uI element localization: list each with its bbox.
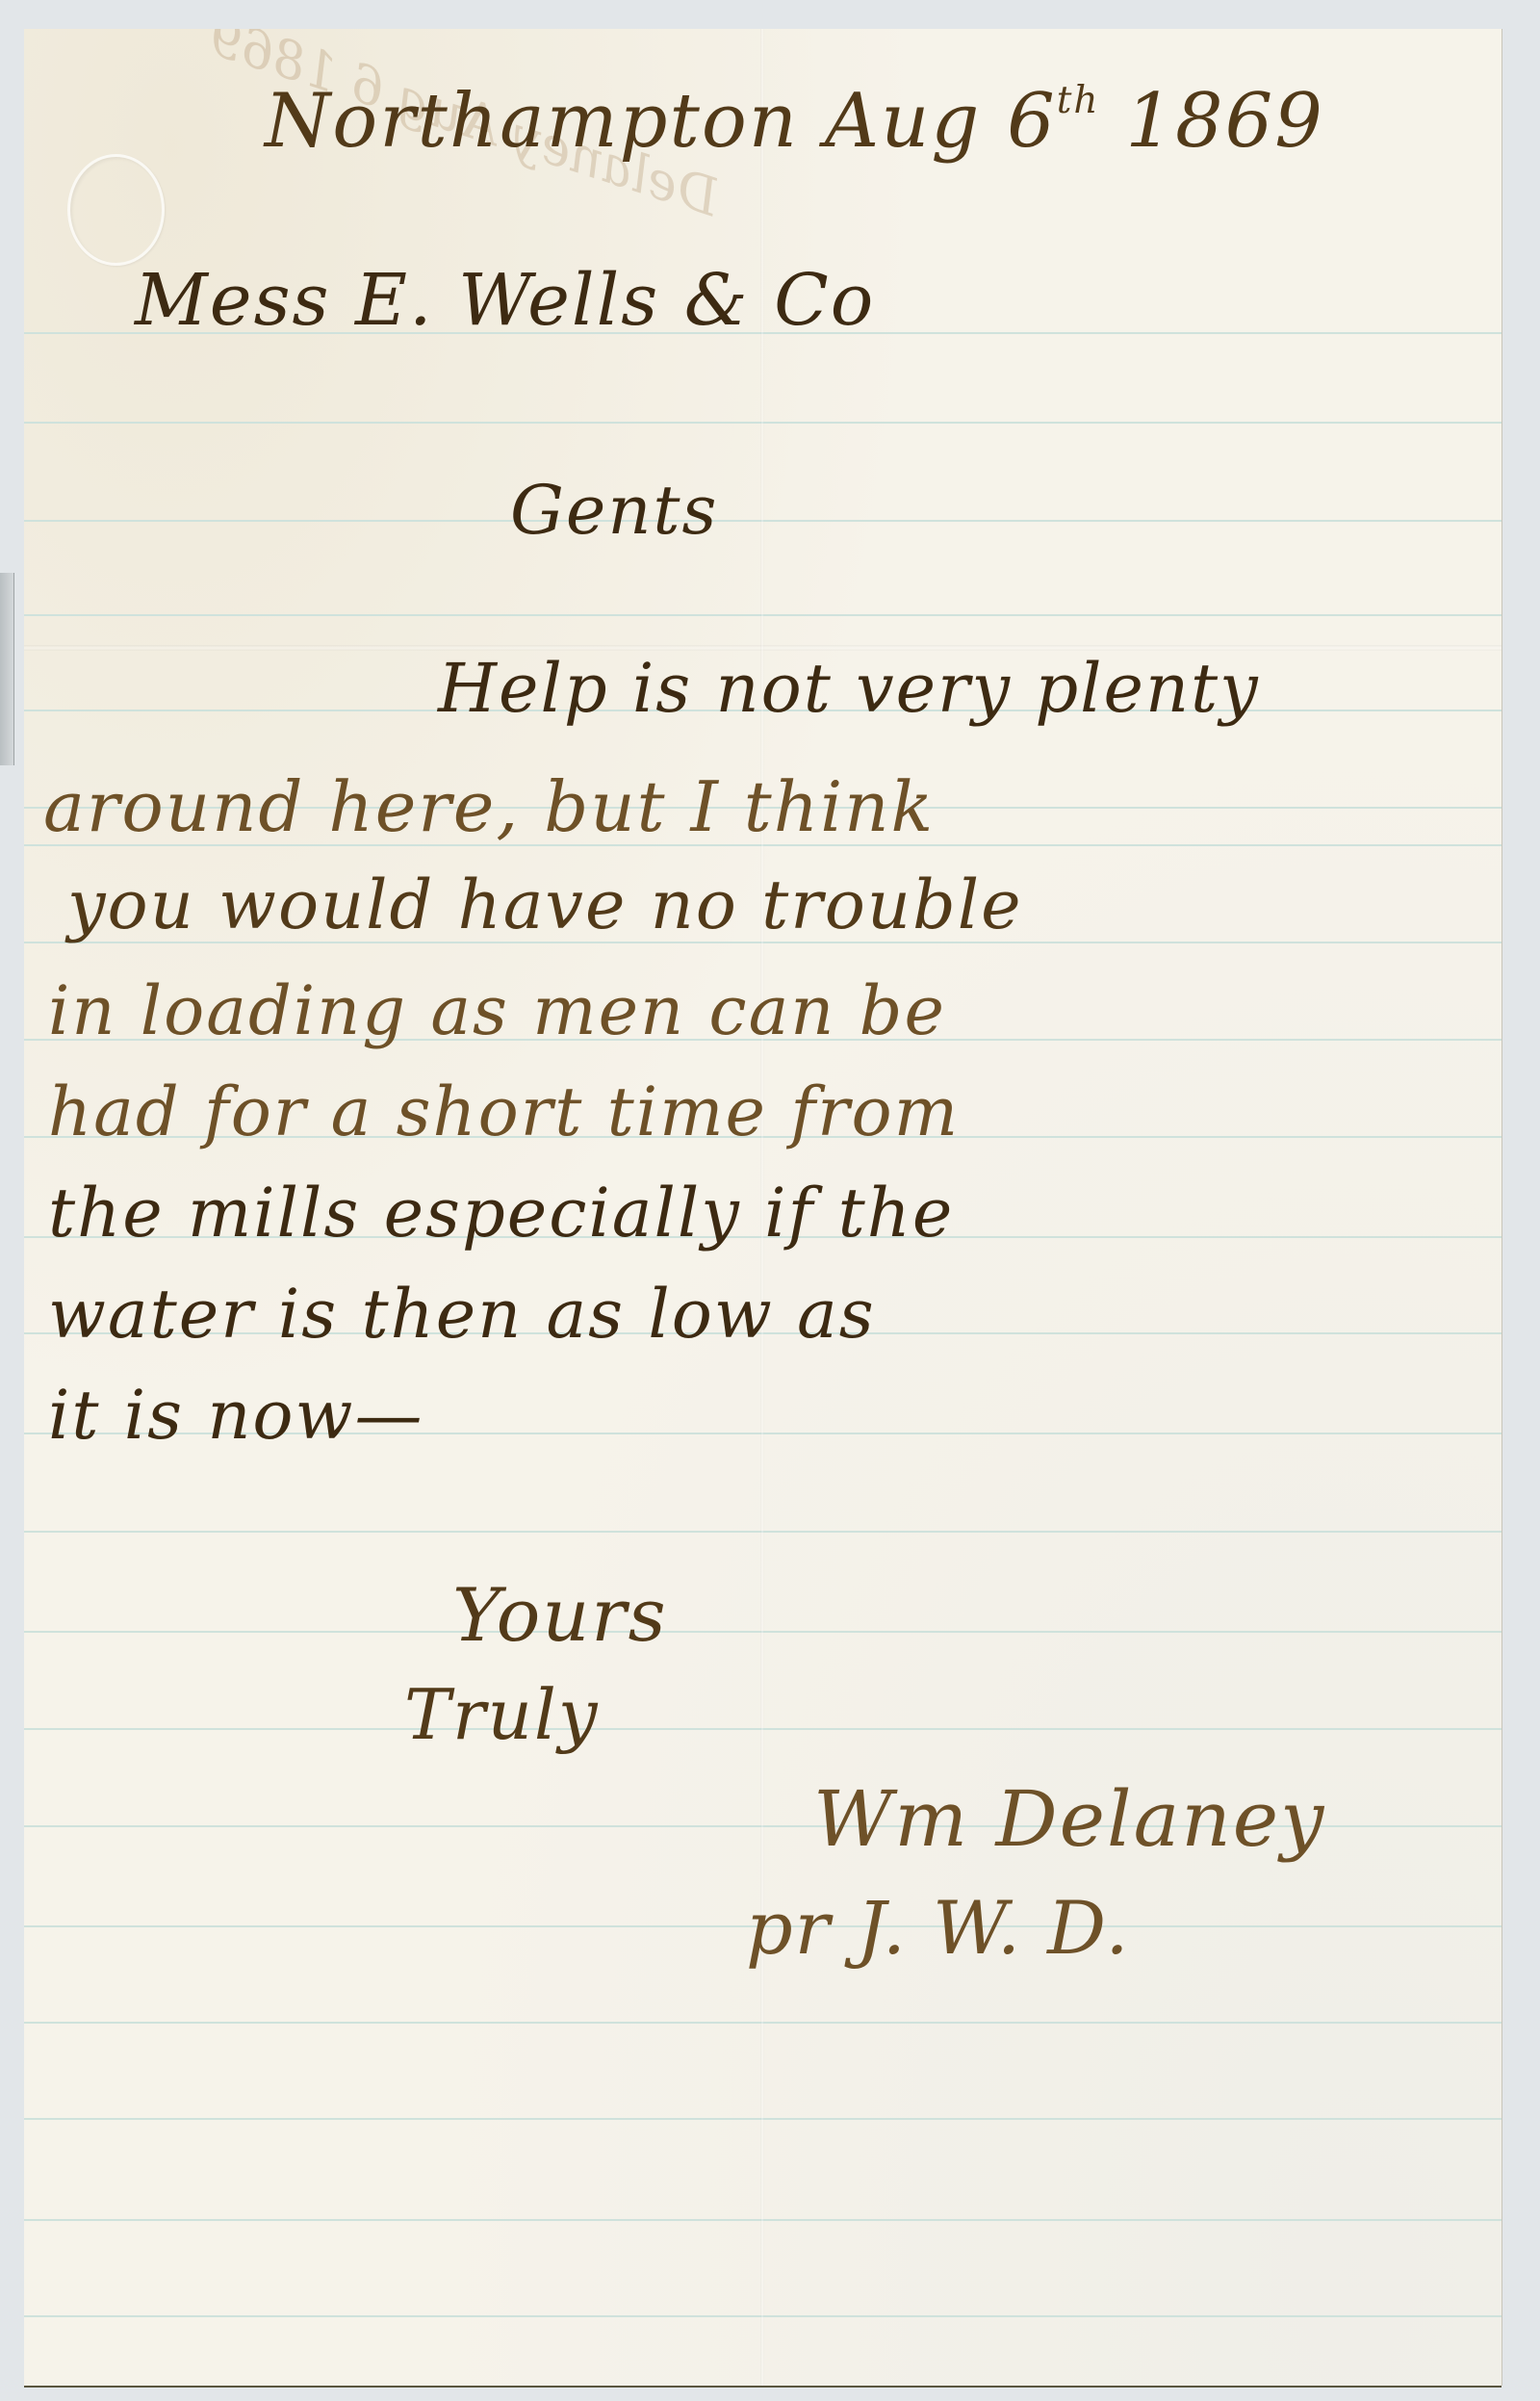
body-line: Help is not very plenty — [438, 655, 1260, 722]
heading-month: Aug — [825, 78, 982, 165]
scanned-letter: Delaney Aug 6 1869 Northampton Aug 6th 1… — [0, 0, 1540, 2401]
heading-place: Northampton — [265, 78, 799, 165]
binder-clip-tab — [0, 573, 14, 765]
heading-year: 1869 — [1125, 78, 1324, 165]
body-line: in loading as men can be — [48, 977, 946, 1045]
letter-paper: Delaney Aug 6 1869 Northampton Aug 6th 1… — [24, 29, 1501, 2386]
body-line: you would have no trouble — [67, 871, 1023, 939]
body-line: it is now— — [48, 1381, 423, 1449]
signature-name: Wm Delaney — [813, 1781, 1325, 1858]
letter-heading: Northampton Aug 6th 1869 — [265, 82, 1324, 159]
body-line: had for a short time from — [48, 1078, 960, 1146]
heading-day: 6 — [1007, 78, 1057, 165]
embossed-stamp — [67, 154, 165, 266]
heading-day-suffix: th — [1057, 79, 1100, 122]
signature-by-line: pr J. W. D. — [746, 1892, 1131, 1965]
body-line: around here, but I think — [43, 772, 935, 841]
closing-yours: Yours — [452, 1579, 668, 1652]
closing-truly: Truly — [404, 1680, 600, 1749]
body-line: the mills especially if the — [48, 1179, 954, 1247]
body-line: water is then as low as — [48, 1280, 876, 1348]
addressee: Mess E. Wells & Co — [135, 265, 875, 336]
salutation: Gents — [510, 477, 718, 544]
